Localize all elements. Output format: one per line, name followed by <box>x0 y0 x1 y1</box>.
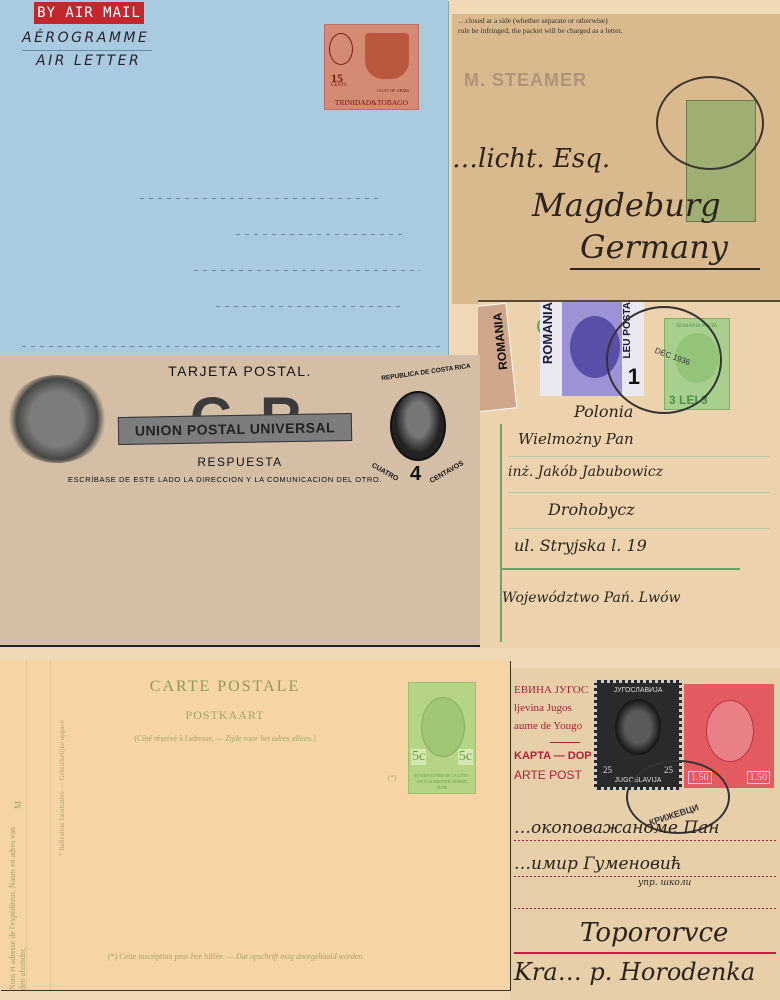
airmail-label: BY AIR MAIL <box>34 2 144 24</box>
address-line <box>22 346 442 347</box>
stamp-country: ROMANIA <box>540 302 555 368</box>
sender-label: Nom et adresse de l'expéditeur. Naam en … <box>8 816 52 990</box>
footer-fr: (*) Cette inscription peut être biffée. <box>108 952 225 961</box>
belgium-imprinted-stamp: 5c 5c NE RIEN ECRIRE DE CE CÔTÉ · NIETS … <box>408 682 476 794</box>
ruled-line <box>514 908 776 909</box>
divider <box>550 742 580 743</box>
ruled-line <box>508 456 770 457</box>
costa-rica-postcard: TARJETA POSTAL. C.R. UNION POSTAL UNIVER… <box>0 355 480 645</box>
underline <box>570 268 760 270</box>
romania-postcard: ROMANIA OS ROMANIA LEU POSTA 1 ROMANIA P… <box>478 300 780 648</box>
stamp-value-left: 5c <box>411 749 426 765</box>
stamp-value-right: 1.50 <box>747 771 771 784</box>
ruled-line <box>514 840 776 841</box>
footer-nl: — Dat opschrift mag doorgehaald worden. <box>227 952 365 961</box>
note-nl: — Zijde voor het adres alleen.) <box>216 734 316 743</box>
ruled-line <box>508 492 770 493</box>
address-line <box>236 234 406 235</box>
yugoslavia-postcard: ЕВИНА ЈУГОС ljevina Jugos aume de Yougo … <box>510 668 780 1000</box>
upu-ribbon: UNION POSTAL UNIVERSAL <box>118 413 352 445</box>
romania-brown-stamp: ROMANIA <box>478 303 517 416</box>
address-line: Województwo Pań. Lwów <box>502 590 680 606</box>
stamp-text: NE RIEN ECRIRE DE CE CÔTÉ · NIETS SCHRIJ… <box>411 773 473 791</box>
postmark-icon <box>656 76 764 170</box>
stamp-top-text: ЈУГОСЛАВИЈА <box>597 687 679 694</box>
address-line: …окоповажаноме Пан <box>514 818 719 838</box>
postmark-icon <box>606 306 722 414</box>
address-line <box>140 198 380 199</box>
address-line: Wielmożny Pan <box>518 430 634 448</box>
coat-of-arms-icon <box>365 33 409 79</box>
ruled-line <box>514 876 776 877</box>
ruled-line <box>502 568 740 570</box>
instruction-text: ESCRÍBASE DE ESTE LADO LA DIRECCION Y LA… <box>68 475 382 484</box>
printed-notice: …closed at a side (whether separate or o… <box>458 16 622 36</box>
air-letter-title: AIR LETTER <box>36 53 141 69</box>
stamp-value: 25 <box>603 765 612 775</box>
address-line: ul. Stryjska l. 19 <box>514 536 647 555</box>
portrait-icon <box>390 391 446 461</box>
address-line: Drohobycz <box>548 500 635 519</box>
coat-of-arms-icon <box>6 375 108 463</box>
header-french: aume de Yougo <box>514 720 582 732</box>
card-kind-cyrillic: KAPTA — DOP <box>514 750 592 762</box>
address-line: Polonia <box>574 402 633 421</box>
belgium-postcard: CARTE POSTALE POSTKAART (Côté réservé à … <box>0 660 510 990</box>
stamp-value-right: 5c <box>458 749 473 765</box>
aerogramme: BY AIR MAIL AÉROGRAMME AIR LETTER 15 CEN… <box>0 0 448 355</box>
aerogramme-title: AÉROGRAMME <box>22 30 149 46</box>
header-cyrillic: ЕВИНА ЈУГОС <box>514 684 588 696</box>
address-line: …licht. Esq. <box>452 144 610 174</box>
footer-note: (*) Cette inscription peut être biffée. … <box>108 952 364 961</box>
stamp-right-word: CENTAVOS <box>429 460 465 485</box>
ruled-line <box>514 952 776 954</box>
address-line: Topororvce <box>580 918 728 948</box>
notice-line: rule be infringed, the packet will be ch… <box>458 26 622 36</box>
side-note: * Indication facultative — Gebruikelijke… <box>58 720 66 856</box>
address-line: упр. школи <box>638 878 691 888</box>
king-portrait-icon <box>615 699 661 755</box>
steamer-handstamp: M. STEAMER <box>464 70 587 91</box>
queen-portrait-icon <box>329 33 353 65</box>
card-kind-latin: ARTE POST <box>514 768 582 782</box>
notice-line: …closed at a side (whether separate or o… <box>458 16 622 26</box>
divider <box>22 50 152 51</box>
stamp-currency: CENTS <box>331 83 347 88</box>
address-line: …имир Гуменовић <box>514 854 682 874</box>
margin-line <box>500 424 502 642</box>
ruled-line <box>508 528 770 529</box>
address-line <box>216 306 400 307</box>
stamp-caption: COAT OF ARMS <box>377 88 409 93</box>
footnote-marker: (*) <box>388 774 396 782</box>
stamp-country: ROMANIA <box>490 312 510 370</box>
header-latin: ljevina Jugos <box>514 702 572 714</box>
stamp-country: TRINIDAD&TOBAGO <box>327 98 416 107</box>
address-line <box>194 270 420 271</box>
stamp-value: 4 <box>410 463 421 486</box>
gb-wrapper: …closed at a side (whether separate or o… <box>452 14 780 304</box>
king-portrait-icon <box>706 700 754 762</box>
note-fr: (Côté réservé à l'adresse. <box>134 734 214 743</box>
address-line: inż. Jakób Jabubowicz <box>508 464 663 480</box>
address-line: Magdeburg <box>532 186 721 224</box>
address-line: Kra… p. Horodenka <box>514 958 755 986</box>
stamp-margin: ROMANIA <box>540 302 562 396</box>
address-line: Germany <box>580 228 728 266</box>
coat-of-arms-icon <box>421 697 465 757</box>
costa-rica-stamp: REPUBLICA DE COSTA RICA CUATRO 4 CENTAVO… <box>366 369 476 479</box>
sender-m: M <box>13 801 23 809</box>
trinidad-stamp: 15 CENTS COAT OF ARMS TRINIDAD&TOBAGO <box>324 24 419 110</box>
